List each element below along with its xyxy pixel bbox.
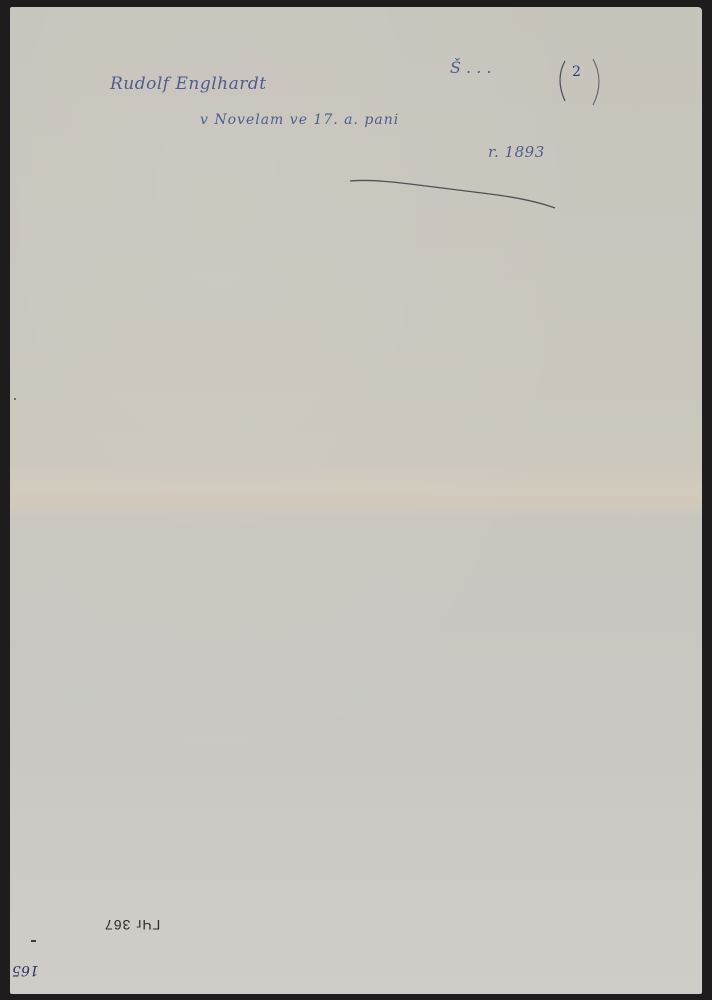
folio-number: 165 [12,962,39,978]
paper-sheet [10,7,702,994]
archive-stamp: ГЧг 367 [104,917,160,933]
handwritten-description: v Novelam ve 17. a. pani [200,112,399,128]
margin-dash [31,940,36,942]
handwritten-year: r. 1893 [488,143,545,161]
circled-number: 2 [572,64,581,80]
pen-stroke-line [350,176,560,216]
paper-fold-line [10,491,702,511]
scanned-page: Rudolf Englhardt v Novelam ve 17. a. pan… [0,0,712,1000]
handwritten-name: Rudolf Englhardt [110,74,267,94]
handwritten-sigla: Š . . . [450,58,491,77]
margin-dot [14,398,16,400]
